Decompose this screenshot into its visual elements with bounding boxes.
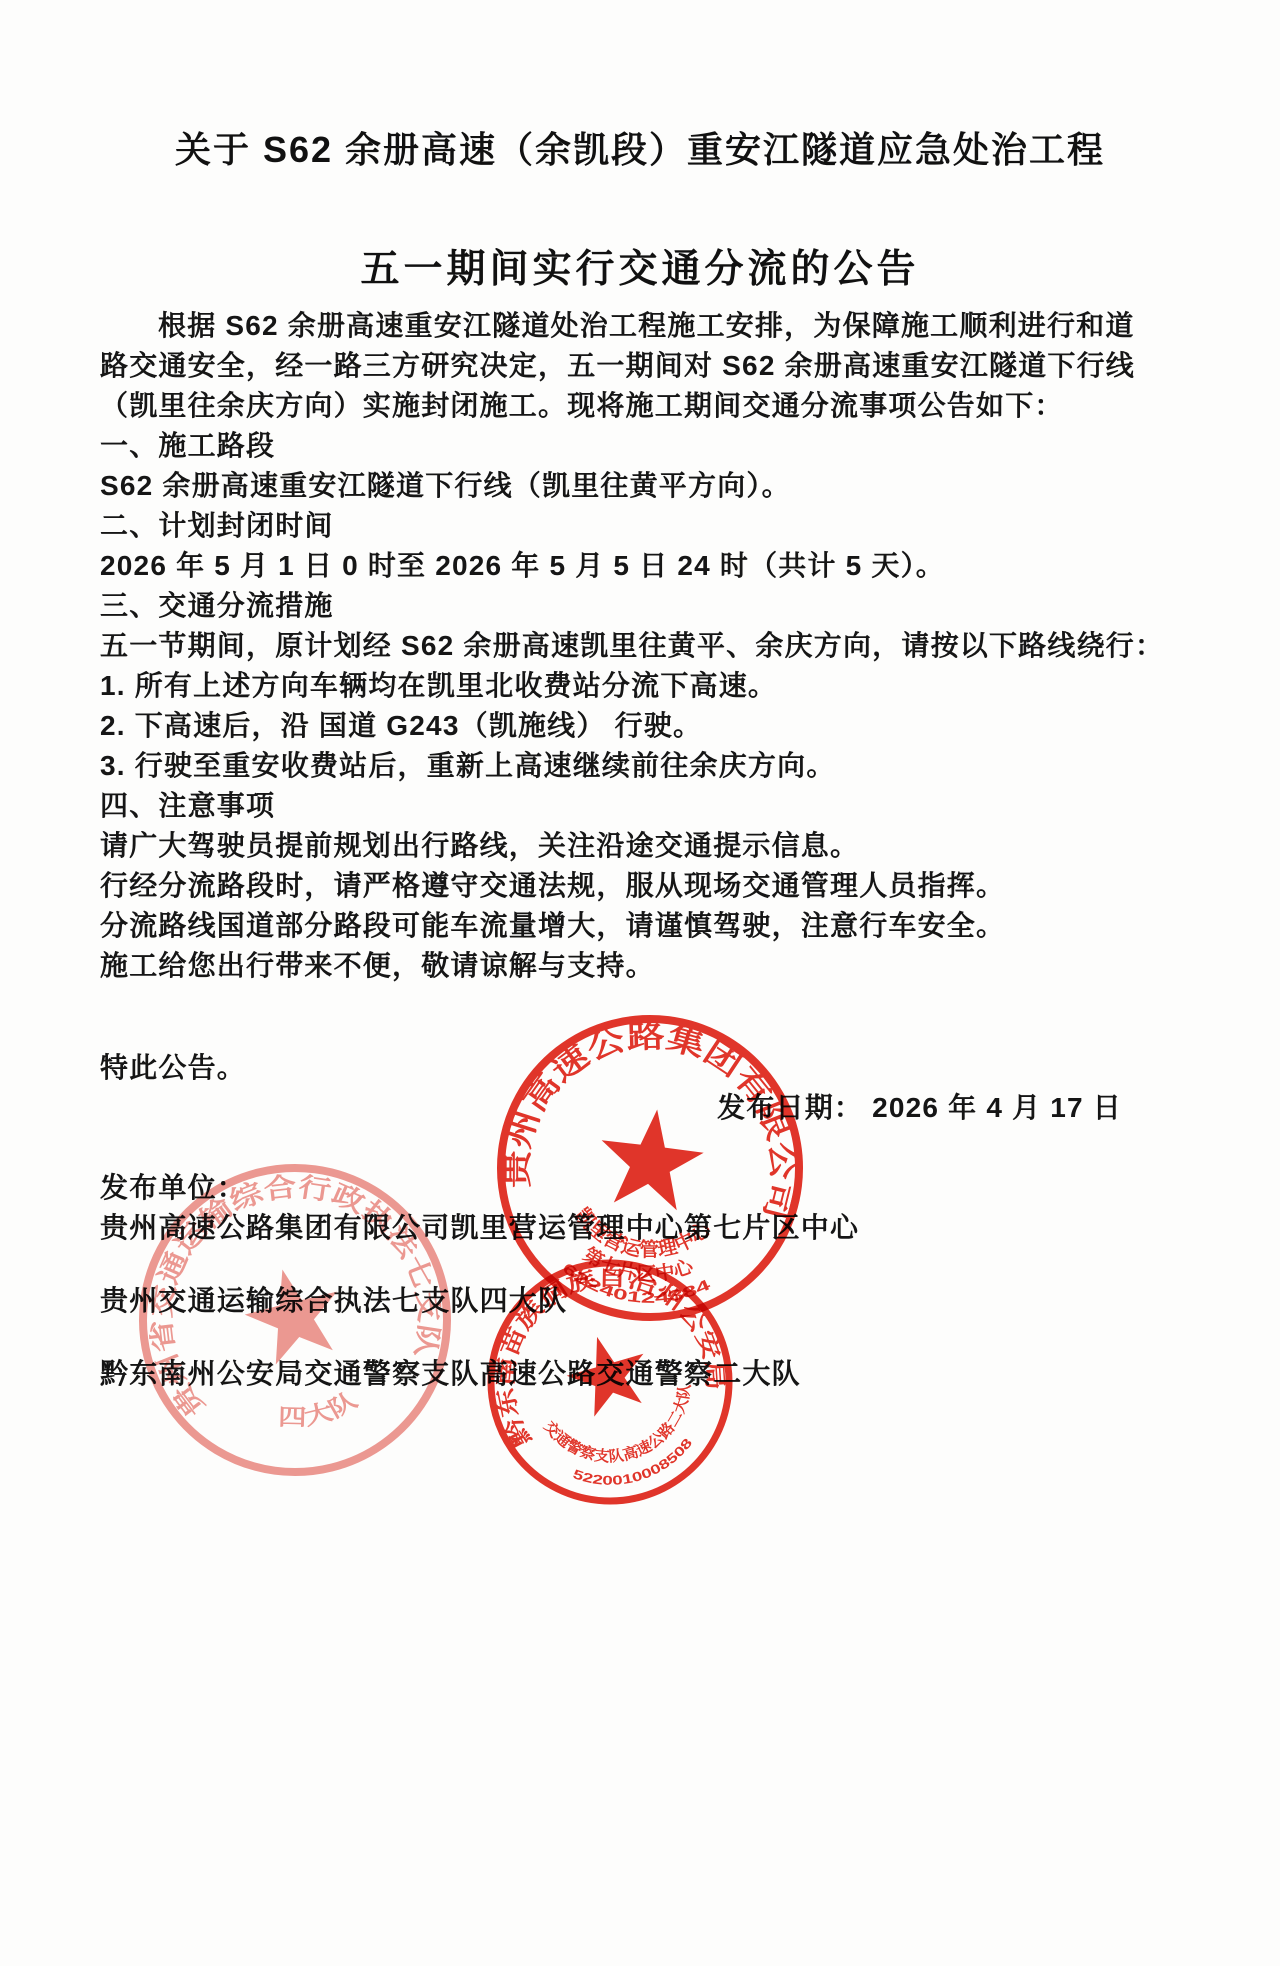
body-line: 五一节期间，原计划经 S62 余册高速凯里往黄平、余庆方向，请按以下路线绕行： <box>100 626 1172 666</box>
issuer-label: 发布单位： <box>100 1166 246 1206</box>
seal-serial-number: 5220010008508 <box>568 1433 702 1502</box>
body-line-section-1: 一、施工路段 <box>100 426 1172 466</box>
svg-text:交通警察支队高速公路二大队: 交通警察支队高速公路二大队 <box>538 1378 709 1484</box>
closing-statement: 特此公告。 <box>100 1046 246 1086</box>
body-line: 路交通安全，经一路三方研究决定，五一期间对 S62 余册高速重安江隧道下行线 <box>100 346 1172 386</box>
notice-document: 关于 S62 余册高速（余凯段）重安江隧道应急处治工程 五一期间实行交通分流的公… <box>0 0 1280 1966</box>
body-line: 2. 下高速后，沿 国道 G243（凯施线） 行驶。 <box>100 706 1172 746</box>
notice-body: 根据 S62 余册高速重安江隧道处治工程施工安排，为保障施工顺利进行和道 路交通… <box>100 306 1172 986</box>
body-line: 分流路线国道部分路段可能车流量增大，请谨慎驾驶，注意行车安全。 <box>100 906 1172 946</box>
body-line: 请广大驾驶员提前规划出行路线，关注沿途交通提示信息。 <box>100 826 1172 866</box>
seal-district-text: 第七片区中心 <box>577 1241 699 1292</box>
svg-text:四大队: 四大队 <box>272 1384 364 1437</box>
body-line-section-3: 三、交通分流措施 <box>100 586 1172 626</box>
svg-text:62240124384: 62240124384 <box>556 1258 716 1315</box>
seal-unit-text: 交通警察支队高速公路二大队 <box>538 1378 709 1484</box>
body-line-section-4: 四、注意事项 <box>100 786 1172 826</box>
body-line: 施工给您出行带来不便，敬请谅解与支持。 <box>100 946 1172 986</box>
issuer-company: 贵州高速公路集团有限公司凯里营运管理中心第七片区中心 <box>100 1206 859 1246</box>
svg-text:第七片区中心: 第七片区中心 <box>577 1241 699 1292</box>
release-date: 发布日期： 2026 年 4 月 17 日 <box>717 1086 1122 1126</box>
issuer-enforcement: 贵州交通运输综合执法七支队四大队 <box>100 1279 567 1319</box>
svg-text:5220010008508: 5220010008508 <box>568 1433 702 1502</box>
body-line-section-2: 二、计划封闭时间 <box>100 506 1172 546</box>
seal-ring-text: 黔东南苗族侗族自治州公安局 <box>463 1236 735 1454</box>
seal-unit-text: 四大队 <box>272 1384 364 1437</box>
body-line: 3. 行驶至重安收费站后，重新上高速继续前往余庆方向。 <box>100 746 1172 786</box>
seal-serial-number: 62240124384 <box>556 1258 716 1315</box>
svg-text:黔东南苗族侗族自治州公安局: 黔东南苗族侗族自治州公安局 <box>463 1236 735 1454</box>
notice-title-line1: 关于 S62 余册高速（余凯段）重安江隧道应急处治工程 <box>0 122 1280 173</box>
body-line: 1. 所有上述方向车辆均在凯里北收费站分流下高速。 <box>100 666 1172 706</box>
notice-title-line2: 五一期间实行交通分流的公告 <box>0 238 1280 294</box>
issuer-police: 黔东南州公安局交通警察支队高速公路交通警察二大队 <box>100 1352 801 1392</box>
star-icon <box>594 1103 708 1213</box>
body-line: 2026 年 5 月 1 日 0 时至 2026 年 5 月 5 日 24 时（… <box>100 546 1172 586</box>
body-line: 行经分流路段时，请严格遵守交通法规，服从现场交通管理人员指挥。 <box>100 866 1172 906</box>
body-line: （凯里往余庆方向）实施封闭施工。现将施工期间交通分流事项公告如下： <box>100 386 1172 426</box>
body-line: 根据 S62 余册高速重安江隧道处治工程施工安排，为保障施工顺利进行和道 <box>100 306 1172 346</box>
body-line: S62 余册高速重安江隧道下行线（凯里往黄平方向）。 <box>100 466 1172 506</box>
